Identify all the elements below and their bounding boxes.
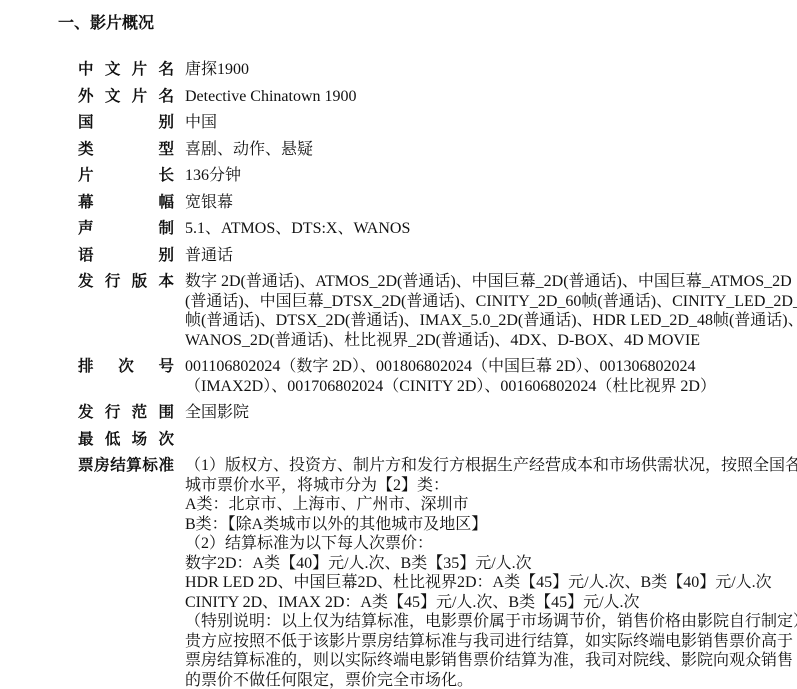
field-row: 片长 136分钟: [78, 166, 773, 186]
field-row: 外文片名 Detective Chinatown 1900: [78, 87, 773, 107]
field-label-char: 号: [158, 357, 174, 377]
field-label-char: 外: [78, 87, 94, 107]
value-line: 宽银幕: [185, 193, 773, 213]
field-value: Detective Chinatown 1900: [185, 87, 773, 107]
field-label-char: 片: [132, 87, 148, 107]
field-label-char: 发: [78, 403, 94, 423]
field-label-char: 国: [78, 113, 94, 133]
value-line: （2）结算标准为以下每人次票价：: [185, 534, 775, 554]
value-line: CINITY 2D、IMAX 2D：A类【45】元/人.次、B类【45】元/人.…: [185, 593, 775, 613]
field-row: 排次号 001106802024（数字 2D）、001806802024（中国巨…: [78, 357, 773, 396]
field-value: 喜剧、动作、悬疑: [185, 140, 773, 160]
field-label-char: 长: [158, 166, 174, 186]
field-label: 发行范围: [78, 403, 174, 423]
value-line: 城市票价水平，将城市分为【2】类：: [185, 476, 775, 496]
field-label-char: 发: [78, 272, 94, 292]
field-row: 国别 中国: [78, 113, 773, 133]
fields-list: 中文片名 唐探1900 外文片名 Detective Chinatown 190…: [78, 60, 773, 689]
value-line: 票房结算标准的，则以实际终端电影销售票价结算为准，我司对院线、影院向观众销售: [185, 651, 775, 671]
field-label-char: 片: [78, 166, 94, 186]
value-line: A类：北京市、上海市、广州市、深圳市: [185, 495, 775, 515]
field-value: 宽银幕: [185, 193, 773, 213]
field-value: 普通话: [185, 246, 773, 266]
section-title: 一、影片概况: [58, 14, 773, 34]
field-label-char: 文: [105, 87, 121, 107]
value-line: (普通话)、中国巨幕_DTSX_2D(普通话)、CINITY_2D_60帧(普通…: [185, 292, 775, 312]
field-value: 001106802024（数字 2D）、001806802024（中国巨幕 2D…: [185, 357, 773, 396]
field-value: 5.1、ATMOS、DTS:X、WANOS: [185, 219, 773, 239]
field-label: 国别: [78, 113, 174, 133]
field-label-char: 场: [132, 430, 148, 450]
field-label: 片长: [78, 166, 174, 186]
field-label-char: 版: [132, 272, 148, 292]
field-label-char: 型: [158, 140, 174, 160]
field-label: 中文片名: [78, 60, 174, 80]
value-line: 普通话: [185, 246, 773, 266]
value-line: B类：【除A类城市以外的其他城市及地区】: [185, 515, 775, 535]
field-row: 发行版本 数字 2D(普通话)、ATMOS_2D(普通话)、中国巨幕_2D(普通…: [78, 272, 773, 350]
field-row: 语别 普通话: [78, 246, 773, 266]
field-label-char: 排: [78, 357, 94, 377]
field-row: 类型 喜剧、动作、悬疑: [78, 140, 773, 160]
value-line: 136分钟: [185, 166, 773, 186]
field-label-char: 低: [105, 430, 121, 450]
field-label-char: 票: [78, 456, 94, 476]
field-label: 幕幅: [78, 193, 174, 213]
field-label-char: 片: [132, 60, 148, 80]
value-line: 的票价不做任何限定，票价完全市场化。: [185, 671, 775, 689]
field-label-char: 准: [158, 456, 174, 476]
field-value: 136分钟: [185, 166, 773, 186]
field-value: 唐探1900: [185, 60, 773, 80]
field-label-char: 行: [105, 272, 121, 292]
value-line: 唐探1900: [185, 60, 773, 80]
value-line: 中国: [185, 113, 773, 133]
field-label: 语别: [78, 246, 174, 266]
field-label-char: 结: [110, 456, 126, 476]
document-page: 一、影片概况 中文片名 唐探1900 外文片名 Detective Chinat…: [0, 0, 797, 689]
field-label: 最低场次: [78, 430, 174, 450]
field-value: [185, 430, 773, 450]
field-label-char: 类: [78, 140, 94, 160]
field-label-char: 范: [132, 403, 148, 423]
field-label-char: 围: [158, 403, 174, 423]
field-label-char: 幕: [78, 193, 94, 213]
field-label-char: 中: [78, 60, 94, 80]
field-label-char: 最: [78, 430, 94, 450]
field-value: 中国: [185, 113, 773, 133]
field-label-char: 别: [158, 113, 174, 133]
field-label-char: 名: [158, 60, 174, 80]
field-label-char: 本: [158, 272, 174, 292]
field-label: 外文片名: [78, 87, 174, 107]
field-label-char: 制: [158, 219, 174, 239]
value-line: 数字 2D(普通话)、ATMOS_2D(普通话)、中国巨幕_2D(普通话)、中国…: [185, 272, 775, 292]
field-label: 类型: [78, 140, 174, 160]
field-label-char: 声: [78, 219, 94, 239]
field-row: 发行范围 全国影院: [78, 403, 773, 423]
field-label-char: 名: [158, 87, 174, 107]
value-line: （1）版权方、投资方、制片方和发行方根据生产经营成本和市场供需状况，按照全国各: [185, 456, 775, 476]
field-label-char: 次: [158, 430, 174, 450]
value-line: 喜剧、动作、悬疑: [185, 140, 773, 160]
value-line: 全国影院: [185, 403, 773, 423]
field-label: 发行版本: [78, 272, 174, 292]
field-label-char: 语: [78, 246, 94, 266]
value-line: 5.1、ATMOS、DTS:X、WANOS: [185, 219, 773, 239]
field-label-char: 房: [94, 456, 110, 476]
field-value: （1）版权方、投资方、制片方和发行方根据生产经营成本和市场供需状况，按照全国各城…: [185, 456, 775, 689]
value-line: 贵方应按照不低于该影片票房结算标准与我司进行结算，如实际终端电影销售票价高于: [185, 632, 775, 652]
value-line: [185, 430, 773, 450]
field-label: 排次号: [78, 357, 174, 377]
field-row: 幕幅 宽银幕: [78, 193, 773, 213]
field-row: 票房结算标准 （1）版权方、投资方、制片方和发行方根据生产经营成本和市场供需状况…: [78, 456, 773, 689]
value-line: Detective Chinatown 1900: [185, 87, 773, 107]
value-line: 数字2D：A类【40】元/人.次、B类【35】元/人.次: [185, 554, 775, 574]
field-row: 中文片名 唐探1900: [78, 60, 773, 80]
value-line: HDR LED 2D、中国巨幕2D、杜比视界2D：A类【45】元/人.次、B类【…: [185, 573, 775, 593]
field-label-char: 次: [118, 357, 134, 377]
field-value: 全国影院: [185, 403, 773, 423]
value-line: WANOS_2D(普通话)、杜比视界_2D(普通话)、4DX、D-BOX、4D …: [185, 331, 775, 351]
field-label-char: 别: [158, 246, 174, 266]
value-line: 帧(普通话)、DTSX_2D(普通话)、IMAX_5.0_2D(普通话)、HDR…: [185, 311, 775, 331]
field-value: 数字 2D(普通话)、ATMOS_2D(普通话)、中国巨幕_2D(普通话)、中国…: [185, 272, 775, 350]
field-label: 票房结算标准: [78, 456, 174, 476]
field-row: 声制 5.1、ATMOS、DTS:X、WANOS: [78, 219, 773, 239]
field-label-char: 文: [105, 60, 121, 80]
value-line: （特别说明：以上仅为结算标准，电影票价属于市场调节价，销售价格由影院自行制定）: [185, 612, 775, 632]
value-line: 001106802024（数字 2D）、001806802024（中国巨幕 2D…: [185, 357, 773, 377]
field-label-char: 幅: [158, 193, 174, 213]
value-line: （IMAX2D）、001706802024（CINITY 2D）、0016068…: [185, 377, 773, 397]
field-label-char: 行: [105, 403, 121, 423]
field-label: 声制: [78, 219, 174, 239]
field-label-char: 算: [126, 456, 142, 476]
field-row: 最低场次: [78, 430, 773, 450]
field-label-char: 标: [142, 456, 158, 476]
